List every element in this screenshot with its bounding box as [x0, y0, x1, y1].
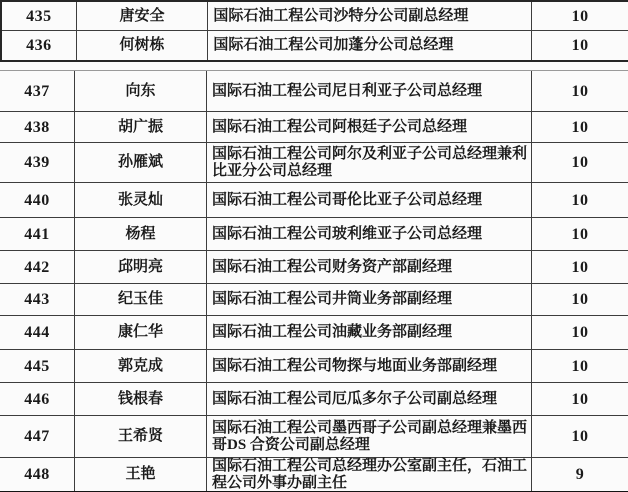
table-segment-main: 437 向东 国际石油工程公司尼日利亚子公司总经理 10 438 胡广振 国际石…	[0, 70, 628, 492]
cell-name: 孙雁斌	[75, 143, 207, 182]
scanned-roster-document: 435 唐安全 国际石油工程公司沙特分公司副总经理 10 436 何树栋 国际石…	[0, 0, 628, 492]
cell-score: 10	[532, 350, 628, 382]
cell-index: 446	[0, 383, 75, 415]
table-row: 441 杨程 国际石油工程公司玻利维亚子公司总经理 10	[0, 218, 628, 251]
table-row: 445 郭克成 国际石油工程公司物探与地面业务部副经理 10	[0, 350, 628, 383]
cell-score: 10	[532, 143, 628, 182]
cell-position: 国际石油工程公司总经理办公室副主任，石油工程公司外事办副主任	[207, 458, 532, 491]
cell-score: 10	[532, 416, 628, 457]
cell-index: 436	[2, 31, 77, 60]
cell-name: 唐安全	[77, 2, 209, 30]
cell-index: 439	[0, 143, 75, 182]
table-row: 436 何树栋 国际石油工程公司加蓬分公司总经理 10	[2, 31, 628, 60]
cell-name: 胡广振	[75, 112, 207, 142]
cell-name: 郭克成	[75, 350, 207, 382]
cell-position: 国际石油工程公司阿尔及利亚子公司总经理兼利比亚分公司总经理	[207, 143, 532, 182]
cell-position: 国际石油工程公司尼日利亚子公司总经理	[207, 71, 532, 111]
table-row: 443 纪玉佳 国际石油工程公司井筒业务部副经理 10	[0, 284, 628, 316]
cell-name: 康仁华	[75, 316, 207, 349]
cell-score: 10	[532, 218, 628, 250]
table-row: 435 唐安全 国际石油工程公司沙特分公司副总经理 10	[2, 2, 628, 31]
cell-index: 447	[0, 416, 75, 457]
cell-position: 国际石油工程公司沙特分公司副总经理	[208, 2, 532, 30]
table-row: 437 向东 国际石油工程公司尼日利亚子公司总经理 10	[0, 71, 628, 112]
cell-score: 10	[532, 316, 628, 349]
cell-score: 10	[532, 183, 628, 217]
cell-index: 442	[0, 251, 75, 283]
cell-position: 国际石油工程公司玻利维亚子公司总经理	[207, 218, 532, 250]
cell-score: 10	[532, 112, 628, 142]
cell-index: 438	[0, 112, 75, 142]
cell-name: 张灵灿	[75, 183, 207, 217]
cell-name: 钱根春	[75, 383, 207, 415]
cell-index: 440	[0, 183, 75, 217]
table-row: 440 张灵灿 国际石油工程公司哥伦比亚子公司总经理 10	[0, 183, 628, 218]
cell-name: 杨程	[75, 218, 207, 250]
cell-name: 王希贤	[75, 416, 207, 457]
cell-position: 国际石油工程公司油藏业务部副经理	[207, 316, 532, 349]
cell-index: 445	[0, 350, 75, 382]
cell-position: 国际石油工程公司井筒业务部副经理	[207, 284, 532, 315]
cell-score: 10	[532, 284, 628, 315]
cell-score: 10	[532, 2, 628, 30]
cell-position: 国际石油工程公司加蓬分公司总经理	[208, 31, 532, 60]
table-segment-top: 435 唐安全 国际石油工程公司沙特分公司副总经理 10 436 何树栋 国际石…	[0, 0, 628, 62]
cell-score: 10	[532, 251, 628, 283]
table-row: 448 王艳 国际石油工程公司总经理办公室副主任，石油工程公司外事办副主任 9	[0, 458, 628, 491]
cell-score: 9	[532, 458, 628, 491]
cell-index: 448	[0, 458, 75, 491]
cell-index: 443	[0, 284, 75, 315]
cell-index: 435	[2, 2, 77, 30]
cell-score: 10	[532, 71, 628, 111]
table-row: 439 孙雁斌 国际石油工程公司阿尔及利亚子公司总经理兼利比亚分公司总经理 10	[0, 143, 628, 183]
cell-index: 444	[0, 316, 75, 349]
table-row: 447 王希贤 国际石油工程公司墨西哥子公司副总经理兼墨西哥DS 合资公司副总经…	[0, 416, 628, 458]
cell-name: 邱明亮	[75, 251, 207, 283]
cell-name: 王艳	[75, 458, 207, 491]
cell-position: 国际石油工程公司墨西哥子公司副总经理兼墨西哥DS 合资公司副总经理	[207, 416, 532, 457]
table-row: 442 邱明亮 国际石油工程公司财务资产部副经理 10	[0, 251, 628, 284]
cell-position: 国际石油工程公司哥伦比亚子公司总经理	[207, 183, 532, 217]
cell-score: 10	[532, 31, 628, 60]
table-row: 438 胡广振 国际石油工程公司阿根廷子公司总经理 10	[0, 112, 628, 143]
cell-position: 国际石油工程公司财务资产部副经理	[207, 251, 532, 283]
cell-name: 纪玉佳	[75, 284, 207, 315]
cell-name: 何树栋	[77, 31, 209, 60]
cell-index: 437	[0, 71, 75, 111]
cell-position: 国际石油工程公司阿根廷子公司总经理	[207, 112, 532, 142]
cell-position: 国际石油工程公司物探与地面业务部副经理	[207, 350, 532, 382]
cell-index: 441	[0, 218, 75, 250]
table-row: 446 钱根春 国际石油工程公司厄瓜多尔子公司副总经理 10	[0, 383, 628, 416]
cell-name: 向东	[75, 71, 207, 111]
table-row: 444 康仁华 国际石油工程公司油藏业务部副经理 10	[0, 316, 628, 350]
cell-score: 10	[532, 383, 628, 415]
cell-position: 国际石油工程公司厄瓜多尔子公司副总经理	[207, 383, 532, 415]
